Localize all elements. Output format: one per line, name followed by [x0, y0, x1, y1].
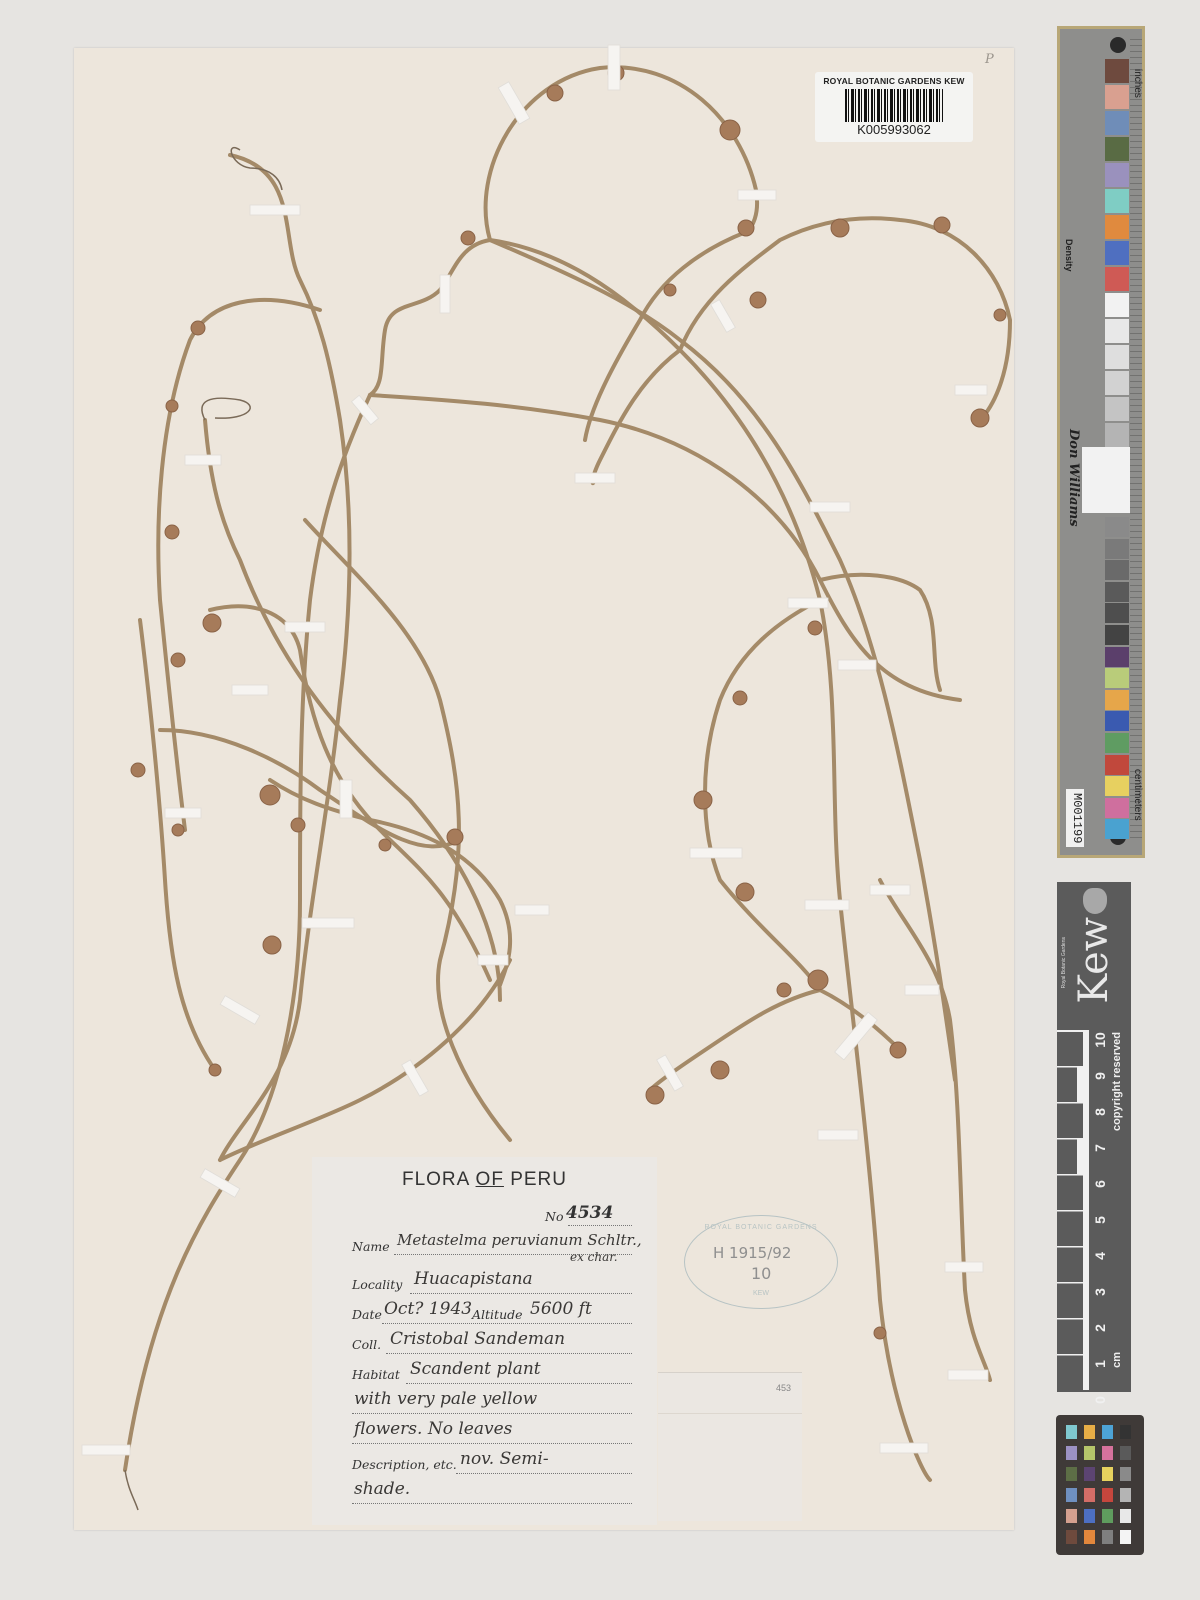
scale-number: 6 [1092, 1175, 1108, 1193]
checker-chip [1084, 1446, 1095, 1460]
color-swatch [1105, 776, 1129, 796]
locality-value: Huacapistana [414, 1269, 533, 1289]
altitude-value: 5600 ft [530, 1299, 592, 1319]
kew-logo: Kew [1071, 917, 1117, 1004]
checker-chip [1102, 1446, 1113, 1460]
color-checker [1056, 1415, 1144, 1555]
description-value-line1: nov. Semi- [460, 1449, 549, 1469]
ruler-label-cm: centimeters [1132, 769, 1143, 821]
color-swatch [1105, 819, 1129, 839]
stamp-kew: KEW [685, 1290, 837, 1297]
ruler-gray-target [1082, 447, 1130, 513]
accession-number: H 1915/92 [713, 1244, 791, 1262]
barcode [845, 89, 943, 122]
color-swatch [1105, 517, 1129, 537]
habitat-value-line1: Scandent plant [410, 1359, 541, 1379]
kew-copyright: copyright reserved [1111, 1032, 1123, 1131]
title-part: PERU [504, 1169, 567, 1190]
checker-chip [1102, 1425, 1113, 1439]
checker-chip [1120, 1509, 1131, 1523]
color-swatch [1105, 59, 1129, 83]
institution-name: ROYAL BOTANIC GARDENS KEW [815, 76, 973, 86]
fragment-packet[interactable]: 453 [658, 1372, 802, 1521]
kew-cm-scale [1057, 1030, 1089, 1392]
date-label: Date [352, 1307, 382, 1322]
dotted-line [410, 1293, 632, 1294]
checker-chip [1084, 1530, 1095, 1544]
checker-chip [1084, 1509, 1095, 1523]
collector-label: Coll. [352, 1337, 381, 1352]
ruler-signature: Don Williams [1066, 429, 1081, 527]
kew-scale-bar: Kew Royal Botanic Gardens 109876543210 c… [1057, 882, 1131, 1392]
color-ruler: inches centimeters Density Don Williams … [1057, 26, 1145, 858]
label-title: FLORA OF PERU [312, 1169, 657, 1191]
collector-value: Cristobal Sandeman [390, 1329, 565, 1349]
dotted-line [352, 1443, 632, 1444]
checker-chip [1084, 1425, 1095, 1439]
color-swatch [1105, 603, 1129, 623]
checker-chip [1102, 1488, 1113, 1502]
color-swatch [1105, 711, 1129, 731]
corner-pencil-mark: P [985, 52, 994, 67]
checker-chip [1066, 1446, 1077, 1460]
scale-number: 7 [1092, 1139, 1108, 1157]
dotted-line [352, 1413, 632, 1414]
checker-chip [1120, 1467, 1131, 1481]
accession-stamp: ROYAL BOTANIC GARDENS H 1915/92 10 KEW [684, 1215, 838, 1309]
color-swatch [1105, 241, 1129, 265]
checker-chip [1120, 1425, 1131, 1439]
scale-number: 10 [1092, 1031, 1108, 1049]
color-swatch [1105, 625, 1129, 645]
checker-chip [1084, 1488, 1095, 1502]
title-part: FLORA [402, 1169, 476, 1190]
scale-number: 5 [1092, 1211, 1108, 1229]
color-swatch [1105, 539, 1129, 559]
name-value: Metastelma peruvianum Schltr., [397, 1231, 642, 1249]
color-swatch [1105, 397, 1129, 421]
ruler-label-inches: inches [1132, 69, 1143, 98]
title-part: OF [476, 1169, 504, 1190]
checker-chip [1066, 1530, 1077, 1544]
barcode-label: ROYAL BOTANIC GARDENS KEW K005993062 [815, 72, 973, 142]
color-swatch [1105, 319, 1129, 343]
color-swatch [1105, 345, 1129, 369]
date-value: Oct? 1943 [384, 1299, 472, 1319]
description-label: Description, etc. [352, 1457, 457, 1472]
ruler-density-label: Density [1064, 239, 1074, 272]
stamp-text: ROYAL BOTANIC GARDENS [685, 1224, 837, 1231]
color-swatch [1105, 85, 1129, 109]
name-value-line2: ex char. [570, 1250, 618, 1264]
number-label: No [545, 1209, 563, 1224]
scale-number: 0 [1092, 1391, 1108, 1409]
color-swatch [1105, 560, 1129, 580]
accession-sub-number: 10 [751, 1264, 771, 1283]
checker-chip [1066, 1425, 1077, 1439]
specimen-label: FLORA OF PERU No 4534 Name Metastelma pe… [312, 1157, 657, 1525]
habitat-value-line3: flowers. No leaves [354, 1419, 512, 1439]
dotted-line [386, 1353, 632, 1354]
color-swatch [1105, 668, 1129, 688]
number-value: 4534 [566, 1203, 613, 1223]
altitude-label: Altitude [472, 1307, 523, 1322]
scale-number: 8 [1092, 1103, 1108, 1121]
checker-chip [1066, 1467, 1077, 1481]
checker-chip [1120, 1488, 1131, 1502]
color-swatch [1105, 111, 1129, 135]
barcode-number: K005993062 [815, 122, 973, 137]
color-swatch [1105, 690, 1129, 710]
color-swatch [1105, 267, 1129, 291]
dotted-line [568, 1225, 632, 1226]
color-swatch [1105, 423, 1129, 447]
scale-number: 1 [1092, 1355, 1108, 1373]
color-swatch [1105, 215, 1129, 239]
color-swatch [1105, 798, 1129, 818]
checker-chip [1066, 1509, 1077, 1523]
checker-chip [1102, 1530, 1113, 1544]
kew-unit: cm [1111, 1352, 1123, 1368]
scale-number: 9 [1092, 1067, 1108, 1085]
checker-chip [1102, 1509, 1113, 1523]
description-value-line2: shade. [354, 1479, 410, 1499]
color-swatch [1105, 582, 1129, 602]
color-swatch [1105, 163, 1129, 187]
color-swatch [1105, 137, 1129, 161]
ruler-id: M001199 [1066, 789, 1084, 847]
checker-chip [1066, 1488, 1077, 1502]
dotted-line [382, 1323, 632, 1324]
color-swatch [1105, 189, 1129, 213]
kew-subtitle: Royal Botanic Gardens [1061, 937, 1067, 988]
checker-chip [1102, 1467, 1113, 1481]
ruler-hole-top [1110, 37, 1126, 53]
kew-crest-icon [1083, 888, 1107, 914]
color-swatch [1105, 733, 1129, 753]
scale-number: 4 [1092, 1247, 1108, 1265]
dotted-line [456, 1473, 632, 1474]
locality-label: Locality [352, 1277, 402, 1292]
checker-chip [1084, 1467, 1095, 1481]
dotted-line [406, 1383, 632, 1384]
dotted-line [352, 1503, 632, 1504]
name-label: Name [352, 1239, 390, 1254]
scale-number: 2 [1092, 1319, 1108, 1337]
scale-number: 3 [1092, 1283, 1108, 1301]
checker-chip [1120, 1446, 1131, 1460]
packet-fold [658, 1413, 802, 1414]
ruler-ticks [1130, 39, 1142, 839]
habitat-value-line2: with very pale yellow [354, 1389, 537, 1409]
color-swatch [1105, 755, 1129, 775]
color-swatch [1105, 293, 1129, 317]
checker-chip [1120, 1530, 1131, 1544]
color-swatch [1105, 647, 1129, 667]
color-swatch [1105, 371, 1129, 395]
habitat-label: Habitat [352, 1367, 400, 1382]
packet-note: 453 [776, 1383, 791, 1393]
